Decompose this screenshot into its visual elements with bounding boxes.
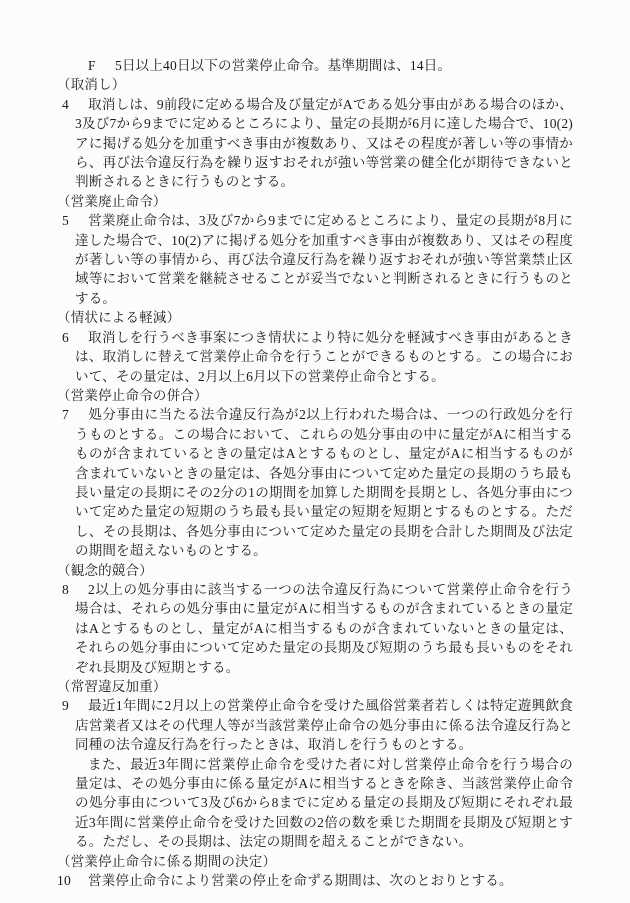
numbered-item-5: 5営業廃止命令は、3及び7から9までに定めるところにより、量定の長期が8月に達し… [57,211,573,308]
item-text: 営業停止命令により営業の停止を命ずる期間は、次のとおりとする。 [88,873,513,888]
item-text: 最近1年間に2月以上の営業停止命令を受けた風俗営業者若しくは特定遊興飲食店営業者… [75,698,573,752]
numbered-item-4: 4取消しは、9前段に定める場合及び量定がAである処分事由がある場合のほか、3及び… [57,95,573,192]
item-number: 7 [62,405,88,424]
item-text: 営業廃止命令は、3及び7から9までに定めるところにより、量定の長期が8月に達した… [75,213,573,306]
item-paragraph: 6取消しを行うべき事案につき情状により特に処分を軽減すべき事由があるときは、取消… [75,328,573,386]
numbered-item-6: 6取消しを行うべき事案につき情状により特に処分を軽減すべき事由があるときは、取消… [57,328,573,386]
item-text: 2以上の処分事由に該当する一つの法令違反行為について営業停止命令を行う場合は、そ… [75,582,573,675]
item-number: 5 [62,211,88,230]
numbered-item-7: 7処分事由に当たる法令違反行為が2以上行われた場合は、一つの行政処分を行うものと… [57,405,573,560]
item-number: 9 [62,696,88,715]
section-heading: （観念的競合） [57,561,573,580]
sub-item-text: 5日以上40日以下の営業停止命令。基準期間は、14日。 [115,58,451,73]
item-paragraph: 4取消しは、9前段に定める場合及び量定がAである処分事由がある場合のほか、3及び… [75,95,573,192]
document-body: F5日以上40日以下の営業停止命令。基準期間は、14日。（取消し）4取消しは、9… [57,56,573,890]
section-heading: （取消し） [57,75,573,94]
section-heading: （営業停止命令の併合） [57,386,573,405]
item-text: 取消しは、9前段に定める場合及び量定がAである処分事由がある場合のほか、3及び7… [75,97,573,190]
item-number: 6 [62,328,88,347]
sub-item-label: F [88,56,115,75]
sub-item: F5日以上40日以下の営業停止命令。基準期間は、14日。 [57,56,573,75]
numbered-item-10: 10営業停止命令により営業の停止を命ずる期間は、次のとおりとする。 [57,871,573,890]
item-paragraph: 7処分事由に当たる法令違反行為が2以上行われた場合は、一つの行政処分を行うものと… [75,405,573,560]
section-heading: （営業停止命令に係る期間の決定） [57,852,573,871]
item-paragraph: 10営業停止命令により営業の停止を命ずる期間は、次のとおりとする。 [75,871,573,890]
section-heading: （営業廃止命令） [57,192,573,211]
item-number: 8 [62,580,88,599]
section-heading: （情状による軽減） [57,308,573,327]
numbered-item-9: 9最近1年間に2月以上の営業停止命令を受けた風俗営業者若しくは特定遊興飲食店営業… [57,696,573,851]
item-number: 4 [62,95,88,114]
document-page: F5日以上40日以下の営業停止命令。基準期間は、14日。（取消し）4取消しは、9… [0,0,630,903]
item-text: 処分事由に当たる法令違反行為が2以上行われた場合は、一つの行政処分を行うものとす… [75,407,573,558]
item-paragraph: 5営業廃止命令は、3及び7から9までに定めるところにより、量定の長期が8月に達し… [75,211,573,308]
item-number: 10 [57,871,88,890]
numbered-item-8: 82以上の処分事由に該当する一つの法令違反行為について営業停止命令を行う場合は、… [57,580,573,677]
item-text: 取消しを行うべき事案につき情状により特に処分を軽減すべき事由があるときは、取消し… [75,330,573,384]
section-heading: （常習違反加重） [57,677,573,696]
item-paragraph: 9最近1年間に2月以上の営業停止命令を受けた風俗営業者若しくは特定遊興飲食店営業… [75,696,573,754]
item-paragraph: 82以上の処分事由に該当する一つの法令違反行為について営業停止命令を行う場合は、… [75,580,573,677]
item-paragraph: また、最近3年間に営業停止命令を受けた者に対し営業停止命令を行う場合の量定は、そ… [75,755,573,852]
